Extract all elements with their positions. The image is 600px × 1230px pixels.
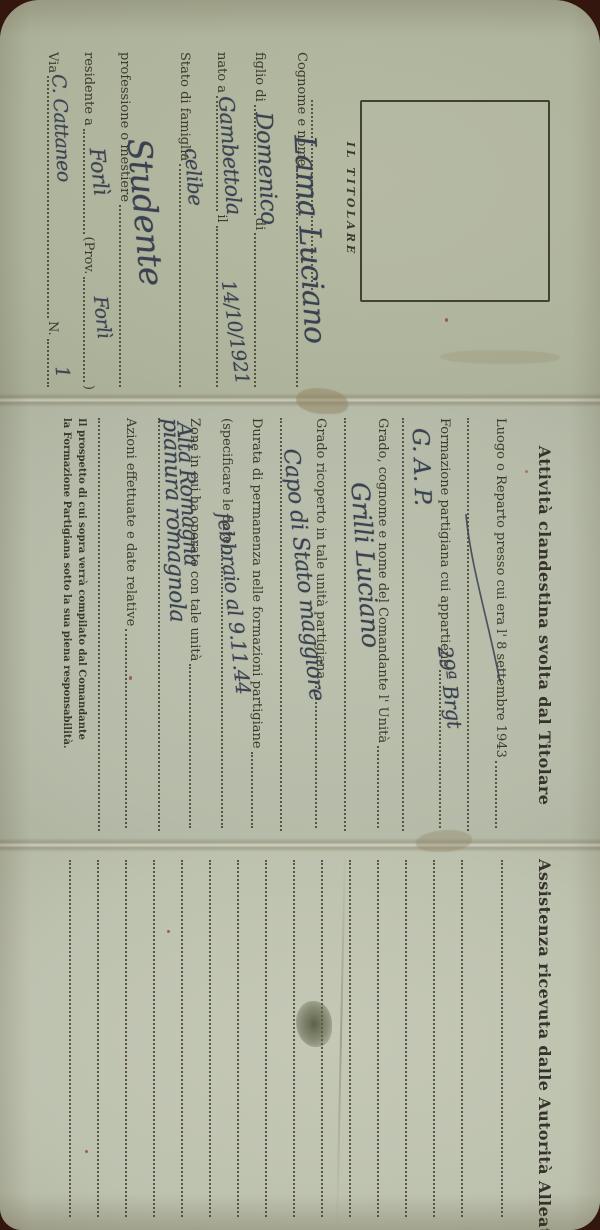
- field-azioni-label: Azioni effettuate e date relative: [124, 418, 137, 626]
- ruled-line: [293, 860, 297, 1217]
- responsibility-note-line2: la Formazione Partigiana sotto la sua pi…: [60, 418, 74, 833]
- assistance-title: Assistenza ricevuta dalle Autorità Allea…: [535, 859, 554, 1218]
- handwriting-stato-famiglia: celibe: [182, 147, 206, 206]
- document-paper: IL TITOLARE Cognome e nome figlio didi n…: [0, 0, 600, 1230]
- field-formazione: Formazione partigiana cui appartiene: [438, 418, 456, 831]
- field-prov-label: (Prov.: [82, 237, 95, 275]
- handwriting-numero-civico: 1: [52, 365, 72, 378]
- scanned-document: IL TITOLARE Cognome e nome figlio didi n…: [0, 0, 600, 1230]
- ink-stain: [296, 1001, 332, 1047]
- dotted-fill: [315, 682, 319, 828]
- handwriting-provincia: Forlì: [90, 295, 113, 339]
- dotted-fill: [119, 205, 123, 387]
- photo-frame: [360, 100, 550, 302]
- handwriting-zone-2: pianura romagnola: [158, 418, 187, 623]
- dotted-fill: [47, 339, 51, 387]
- ruled-line: [501, 860, 505, 1217]
- paper-crease: [336, 845, 346, 1230]
- paper-tear-3: [440, 350, 560, 364]
- field-durata: Durata di permanenza nelle formazioni pa…: [250, 418, 268, 831]
- ruled-line: [433, 860, 437, 1217]
- field-durata-label: Durata di permanenza nelle formazioni pa…: [250, 418, 263, 749]
- ruled-line: [402, 418, 406, 831]
- field-numero-label: N.: [46, 321, 59, 336]
- ruled-line: [153, 860, 157, 1217]
- paper-speck: [445, 318, 448, 322]
- ruled-line: [209, 860, 213, 1217]
- responsibility-note-line1: Il prospetto di cui sopra verrà compilat…: [75, 418, 89, 833]
- dotted-fill: [251, 752, 255, 828]
- field-azioni: Azioni effettuate e date relative: [124, 418, 142, 831]
- field-residente: residente a(Prov.): [82, 52, 100, 390]
- ruled-line: [265, 860, 269, 1217]
- field-stato-famiglia: Stato di famiglia: [178, 52, 196, 390]
- paper-speck: [85, 1150, 88, 1153]
- ruled-line: [237, 860, 241, 1217]
- handwriting-via: C. Cattaneo: [48, 74, 73, 183]
- ruled-line: [125, 860, 129, 1217]
- field-nato-label: nato a: [215, 52, 228, 93]
- ruled-line: [98, 418, 102, 831]
- dotted-fill: [377, 746, 381, 828]
- dotted-fill: [254, 233, 258, 387]
- handwriting-gap: G. A. P.: [408, 428, 434, 506]
- ruled-line: [377, 860, 381, 1217]
- dotted-fill: [125, 629, 129, 828]
- handwriting-figlio-di: Domenico: [251, 111, 280, 225]
- field-prov-close: ): [82, 385, 95, 390]
- field-via-label: Via: [46, 52, 59, 73]
- dotted-fill: [189, 664, 193, 828]
- dotted-fill: [83, 129, 87, 234]
- panel-assistenza: Assistenza ricevuta dalle Autorità Allea…: [0, 845, 600, 1230]
- ruled-line: [461, 860, 465, 1217]
- field-figlio-label: figlio di: [253, 52, 266, 102]
- ruled-line: [349, 860, 353, 1217]
- field-formazione-label: Formazione partigiana cui appartiene: [438, 418, 451, 667]
- pen-stroke-mark: [462, 508, 504, 688]
- dotted-fill: [179, 164, 183, 387]
- ruled-line: [181, 860, 185, 1217]
- photo-caption: IL TITOLARE: [344, 100, 357, 298]
- panel-titolare: IL TITOLARE Cognome e nome figlio didi n…: [0, 0, 600, 400]
- paper-speck: [167, 930, 170, 933]
- ruled-line: [405, 860, 409, 1217]
- dotted-fill: [495, 761, 499, 828]
- handwriting-residenza: Forlì: [86, 147, 112, 196]
- dotted-fill: [83, 277, 87, 382]
- panel-attivita: Attività clandestina svolta dal Titolare…: [0, 400, 600, 845]
- paper-speck: [525, 470, 528, 473]
- ruled-line: [97, 860, 101, 1217]
- paper-speck: [129, 676, 132, 680]
- activity-title: Attività clandestina svolta dal Titolare: [535, 418, 554, 833]
- ruled-line: [344, 418, 348, 831]
- ruled-line: [69, 860, 73, 1217]
- field-residente-label: residente a: [82, 52, 95, 126]
- field-stato-label: Stato di famiglia: [178, 52, 191, 161]
